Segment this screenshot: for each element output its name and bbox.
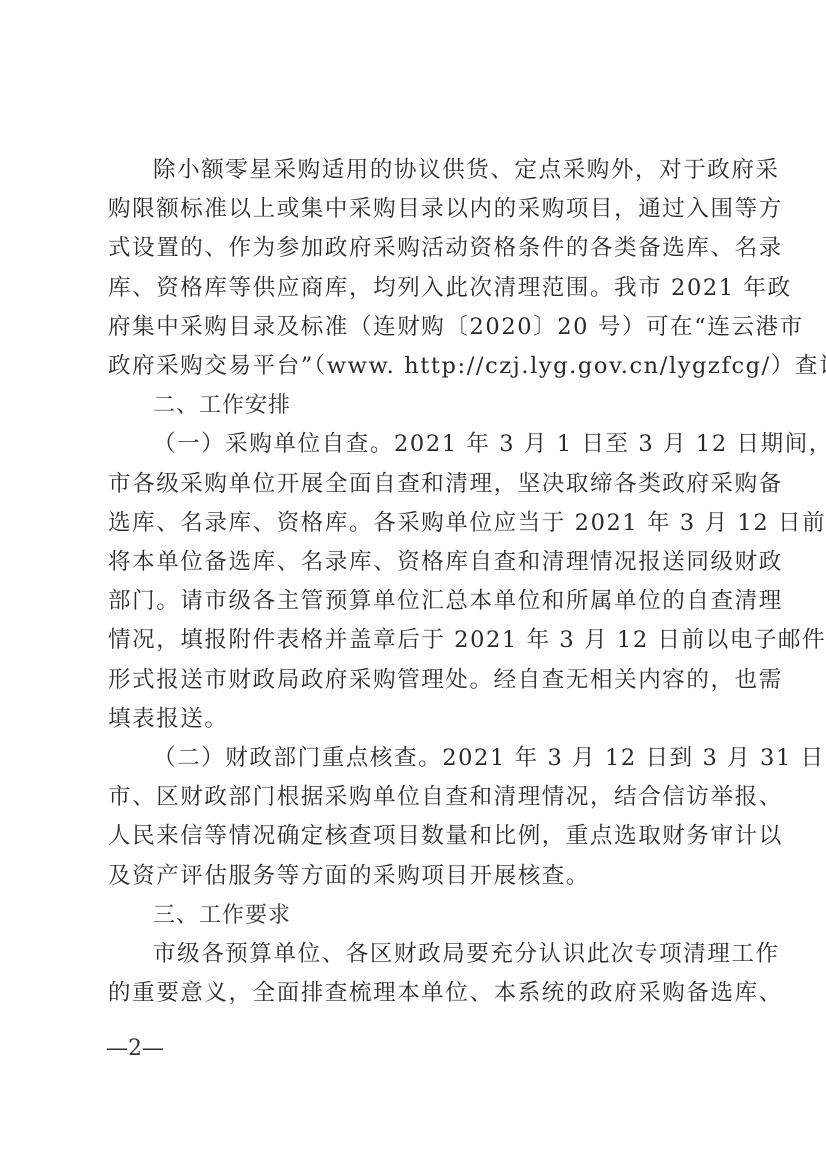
text-line: 部门。请市级各主管预算单位汇总本单位和所属单位的自查清理: [108, 582, 722, 621]
text-line: 选库、名录库、资格库。各采购单位应当于 2021 年 3 月 12 日前: [108, 504, 722, 543]
text-line: 形式报送市财政局政府采购管理处。经自查无相关内容的，也需: [108, 661, 722, 700]
text-line: 及资产评估服务等方面的采购项目开展核查。: [108, 857, 722, 896]
paragraph-self-inspection: （一）采购单位自查。2021 年 3 月 1 日至 3 月 12 日期间，全 市…: [108, 425, 722, 739]
text-line: 市级各预算单位、各区财政局要充分认识此次专项清理工作: [108, 935, 722, 974]
text-line: 府集中采购目录及标准（连财购〔2020〕20 号）可在“连云港市: [108, 308, 722, 347]
text-line: 将本单位备选库、名录库、资格库自查和清理情况报送同级财政: [108, 543, 722, 582]
document-page: 除小额零星采购适用的协议供货、定点采购外，对于政府采 购限额标准以上或集中采购目…: [108, 151, 722, 1013]
text-line: 填表报送。: [108, 700, 722, 739]
page-number: —2—: [106, 1036, 164, 1061]
text-line: 的重要意义，全面排查梳理本单位、本系统的政府采购备选库、: [108, 974, 722, 1013]
text-line: 市各级采购单位开展全面自查和清理，坚决取缔各类政府采购备: [108, 465, 722, 504]
section-heading-work-requirements: 三、工作要求: [108, 896, 722, 935]
paragraph-requirements: 市级各预算单位、各区财政局要充分认识此次专项清理工作 的重要意义，全面排查梳理本…: [108, 935, 722, 1013]
text-line: （二）财政部门重点核查。2021 年 3 月 12 日到 3 月 31 日，: [108, 739, 722, 778]
heading-text: 三、工作要求: [153, 903, 291, 928]
text-line: 人民来信等情况确定核查项目数量和比例，重点选取财务审计以: [108, 817, 722, 856]
text-line: 市、区财政部门根据采购单位自查和清理情况，结合信访举报、: [108, 778, 722, 817]
text-line: 库、资格库等供应商库，均列入此次清理范围。我市 2021 年政: [108, 269, 722, 308]
text-line: 购限额标准以上或集中采购目录以内的采购项目，通过入围等方: [108, 190, 722, 229]
paragraph-finance-review: （二）财政部门重点核查。2021 年 3 月 12 日到 3 月 31 日， 市…: [108, 739, 722, 896]
text-line: 除小额零星采购适用的协议供货、定点采购外，对于政府采: [108, 151, 722, 190]
paragraph-scope: 除小额零星采购适用的协议供货、定点采购外，对于政府采 购限额标准以上或集中采购目…: [108, 151, 722, 386]
heading-text: 二、工作安排: [153, 393, 291, 418]
text-line: 式设置的、作为参加政府采购活动资格条件的各类备选库、名录: [108, 229, 722, 268]
section-heading-work-arrangement: 二、工作安排: [108, 386, 722, 425]
text-line: 政府采购交易平台”（www. http://czj.lyg.gov.cn/lyg…: [108, 347, 722, 386]
text-line: （一）采购单位自查。2021 年 3 月 1 日至 3 月 12 日期间，全: [108, 425, 722, 464]
text-line: 情况，填报附件表格并盖章后于 2021 年 3 月 12 日前以电子邮件: [108, 621, 722, 660]
